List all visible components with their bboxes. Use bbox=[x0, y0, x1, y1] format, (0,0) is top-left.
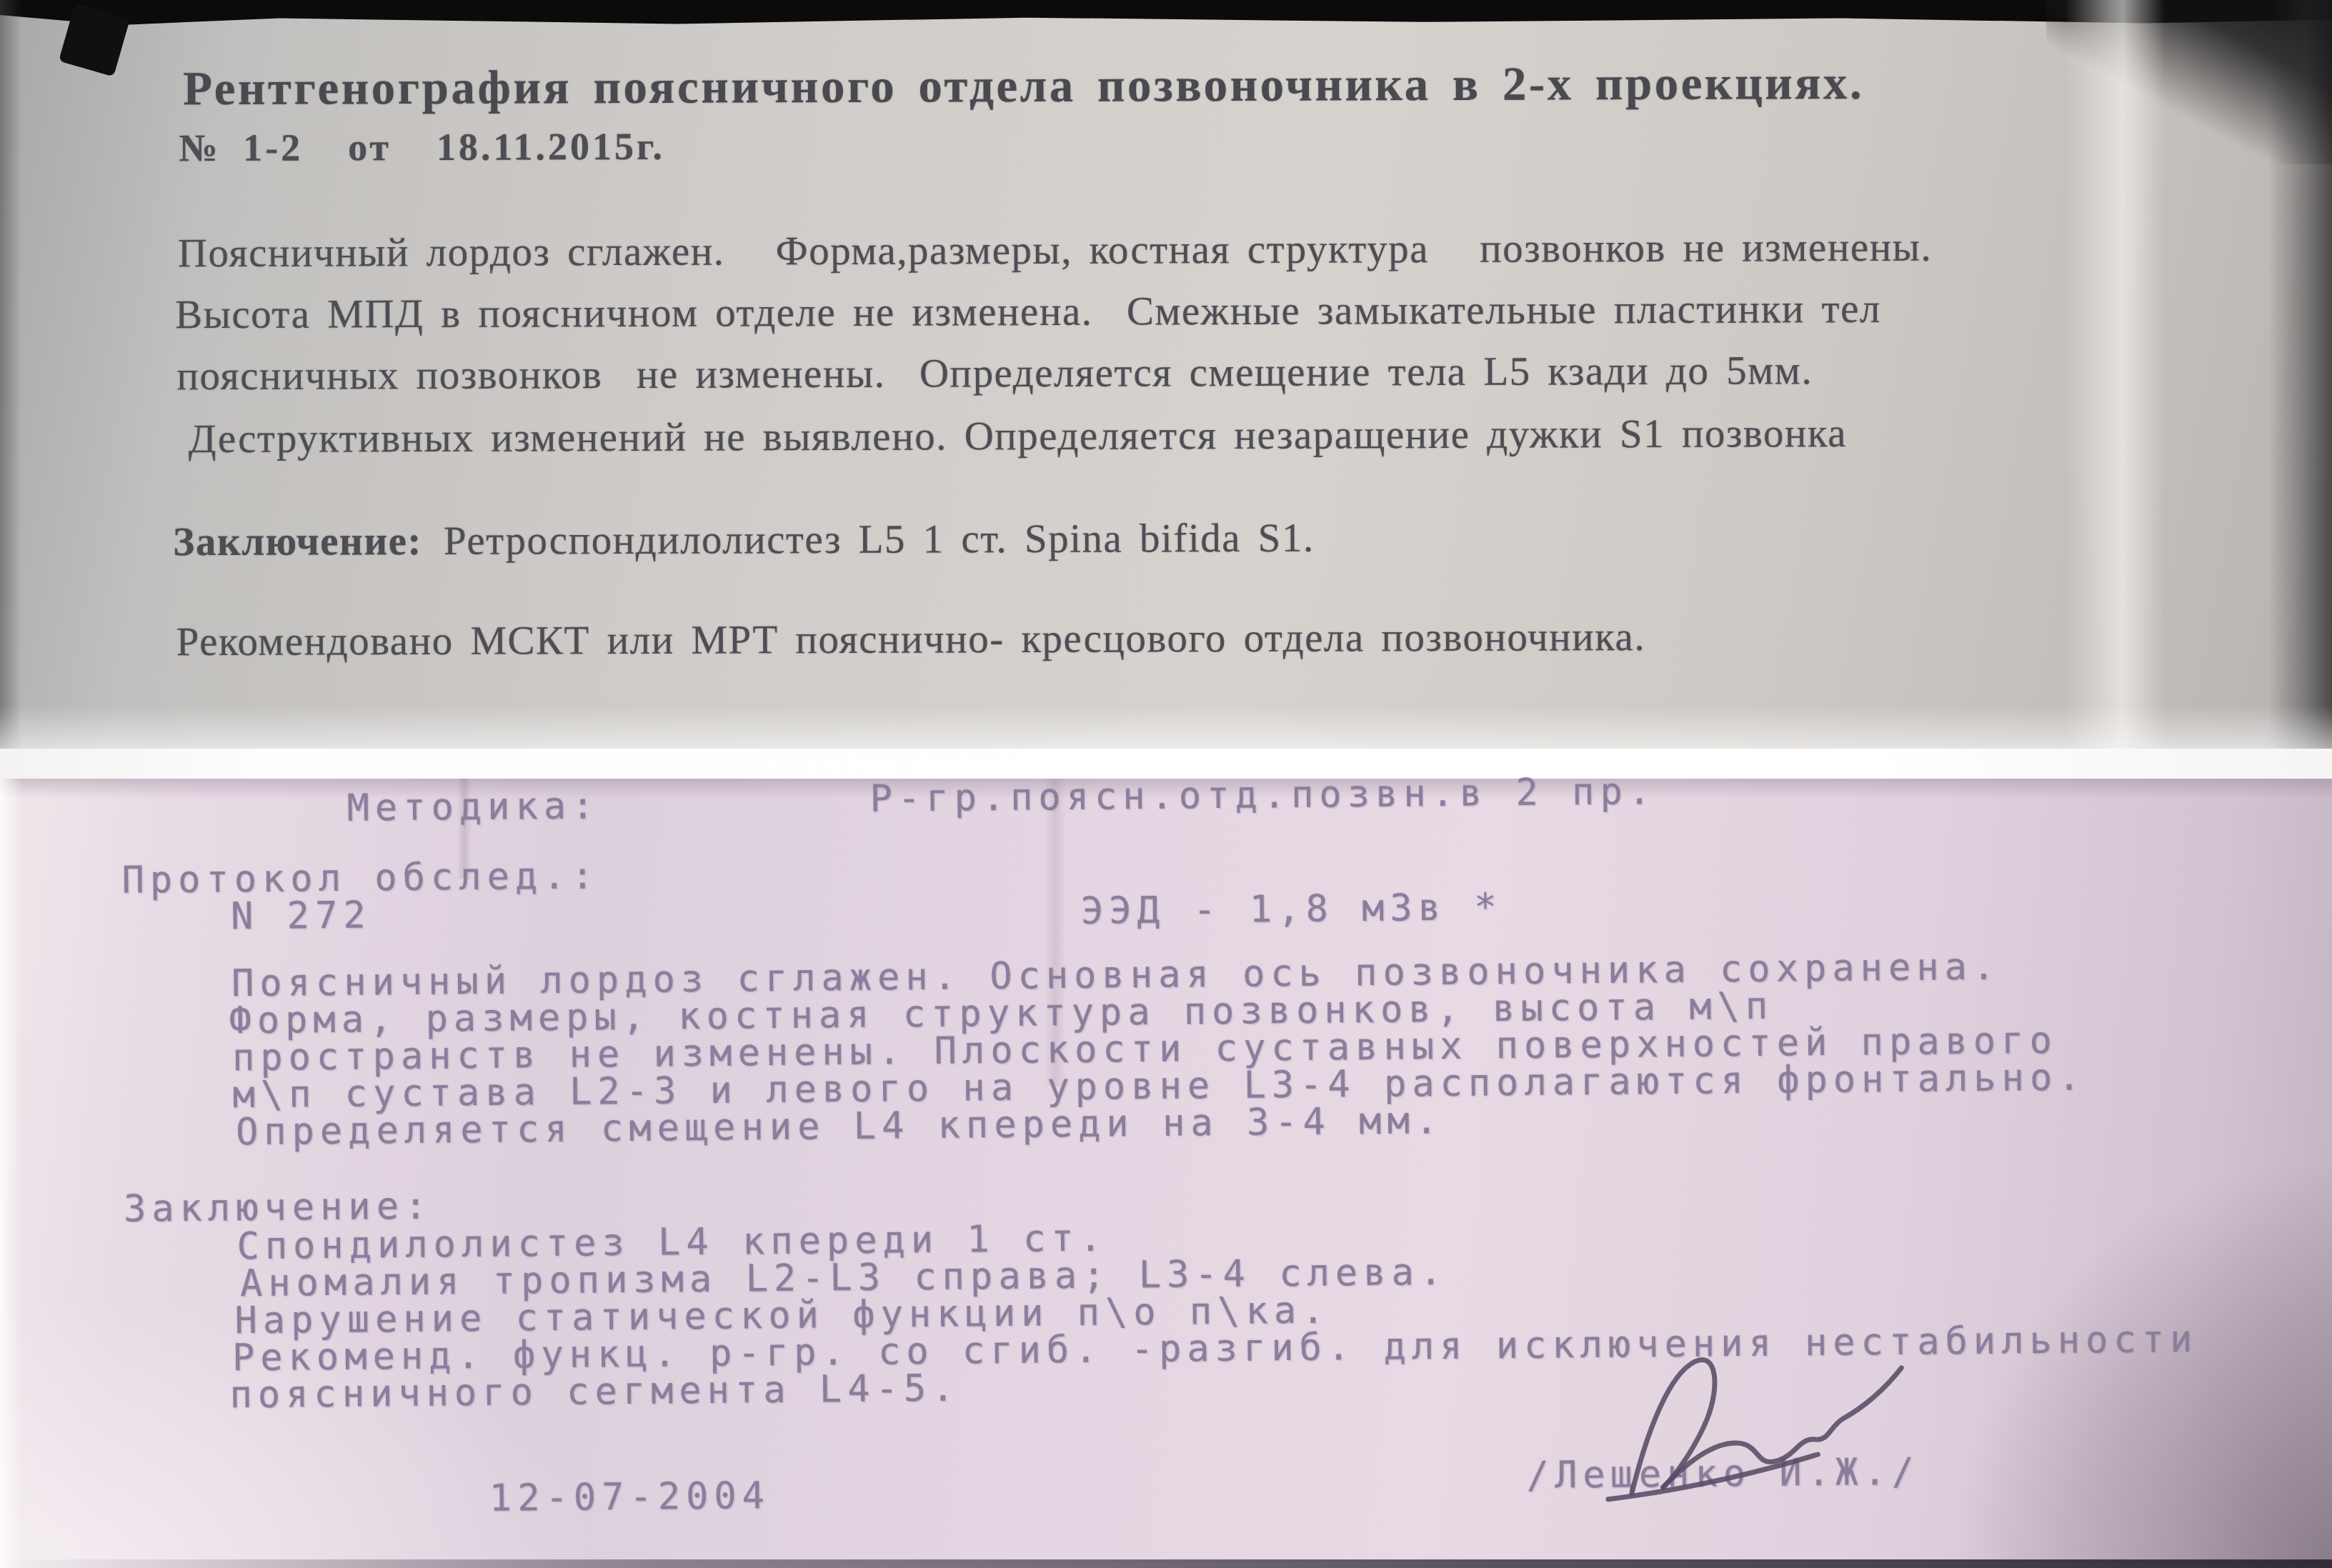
report-photo-2004: Методика: Р-гр.поясн.отд.позвн.в 2 пр. П… bbox=[0, 779, 2332, 1568]
report-2004-text: Методика: Р-гр.поясн.отд.позвн.в 2 пр. П… bbox=[0, 758, 2332, 1568]
method-value: Р-гр.поясн.отд.позвн.в 2 пр. bbox=[869, 770, 1656, 821]
conclusion-line-5: поясничного сегмента L4-5. bbox=[229, 1367, 960, 1417]
conclusion-text: Ретроспондилолистез L5 1 ст. Spina bifid… bbox=[444, 516, 1315, 564]
report-number-date: № 1-2 от 18.11.2015г. bbox=[179, 124, 665, 170]
protocol-number: N 272 bbox=[231, 894, 372, 938]
report-title: Рентгенография поясничного отдела позвон… bbox=[183, 56, 1864, 116]
report-date: 12-07-2004 bbox=[489, 1474, 771, 1520]
report-2015-text: Рентгенография поясничного отдела позвон… bbox=[0, 0, 2332, 749]
report-body-line-4: Деструктивных изменений не выявлено. Опр… bbox=[189, 410, 1847, 462]
signature-stroke bbox=[1563, 1340, 1935, 1522]
recommendation-line: Рекомендовано МСКТ или МРТ пояснично- кр… bbox=[176, 614, 1646, 665]
conclusion-line: Заключение:Ретроспондилолистез L5 1 ст. … bbox=[173, 515, 1315, 566]
report-body-line-1: Поясничный лордоз сглажен. Форма,размеры… bbox=[178, 224, 1933, 277]
report-body-line-3: поясничных позвонков не изменены. Опреде… bbox=[176, 347, 1813, 399]
report-body-line-2: Высота МПД в поясничном отделе не измене… bbox=[175, 286, 1881, 338]
scanned-reports-canvas: Рентгенография поясничного отдела позвон… bbox=[0, 0, 2332, 1568]
report-photo-2015: Рентгенография поясничного отдела позвон… bbox=[0, 0, 2332, 749]
conclusion-label: Заключение: bbox=[173, 519, 422, 564]
method-label: Методика: bbox=[347, 784, 599, 829]
dose-value: ЭЭД - 1,8 мЗв * bbox=[1081, 886, 1503, 933]
